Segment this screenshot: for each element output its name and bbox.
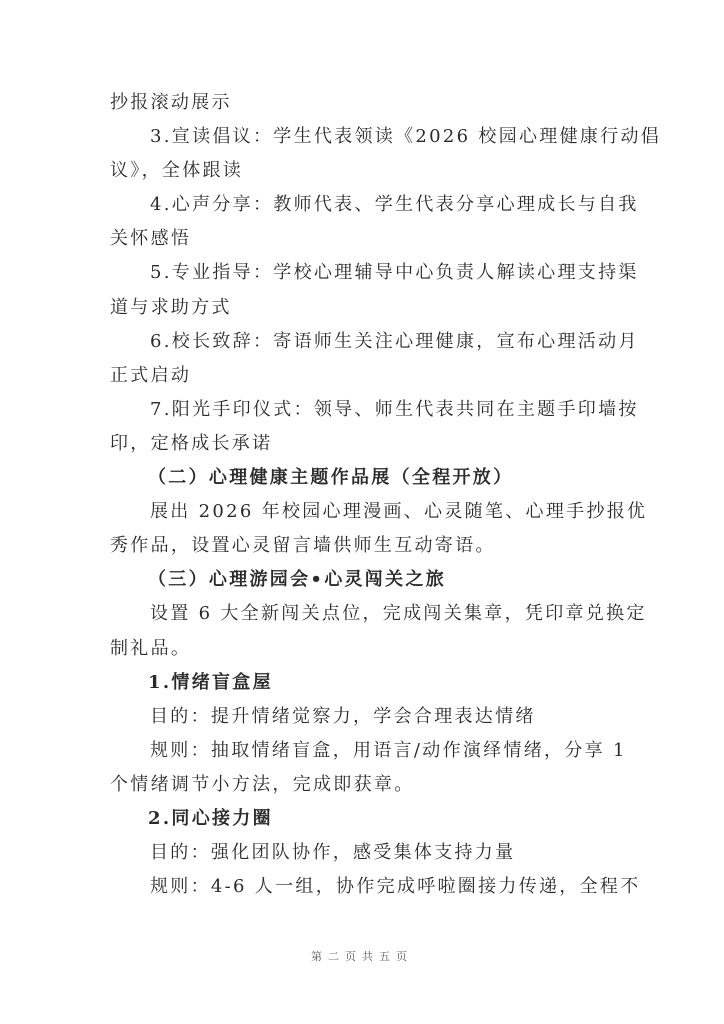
paragraph-line: 目的：强化团队协作，感受集体支持力量 (110, 836, 622, 870)
paragraph-line: 印，定格成长承诺 (110, 427, 622, 461)
page-footer: 第二页共五页 (0, 948, 724, 964)
paragraph-line: 目的：提升情绪觉察力，学会合理表达情绪 (110, 700, 622, 734)
paragraph-line: 抄报滚动展示 (110, 86, 622, 120)
paragraph-line: 道与求助方式 (110, 291, 622, 325)
section-heading-line: （二）心理健康主题作品展（全程开放） (110, 461, 622, 495)
paragraph-line: 6.校长致辞：寄语师生关注心理健康，宣布心理活动月 (110, 325, 622, 359)
paragraph-line: 设置 6 大全新闯关点位，完成闯关集章，凭印章兑换定 (110, 597, 622, 631)
paragraph-line: 议》，全体跟读 (110, 154, 622, 188)
section-heading-line: 2.同心接力圈 (110, 802, 622, 836)
paragraph-line: 规则：抽取情绪盲盒，用语言/动作演绎情绪，分享 1 (110, 734, 622, 768)
paragraph-line: 秀作品，设置心灵留言墙供师生互动寄语。 (110, 529, 622, 563)
paragraph-line: 5.专业指导：学校心理辅导中心负责人解读心理支持渠 (110, 256, 622, 290)
section-heading-line: （三）心理游园会•心灵闯关之旅 (110, 563, 622, 597)
paragraph-line: 3.宣读倡议：学生代表领读《2026 校园心理健康行动倡 (110, 120, 622, 154)
paragraph-line: 4.心声分享：教师代表、学生代表分享心理成长与自我 (110, 188, 622, 222)
paragraph-line: 制礼品。 (110, 632, 622, 666)
paragraph-line: 关怀感悟 (110, 222, 622, 256)
paragraph-line: 正式启动 (110, 359, 622, 393)
document-page: 抄报滚动展示3.宣读倡议：学生代表领读《2026 校园心理健康行动倡议》，全体跟… (0, 0, 724, 1024)
document-body: 抄报滚动展示3.宣读倡议：学生代表领读《2026 校园心理健康行动倡议》，全体跟… (110, 86, 622, 904)
paragraph-line: 个情绪调节小方法，完成即获章。 (110, 768, 622, 802)
paragraph-line: 规则：4-6 人一组，协作完成呼啦圈接力传递，全程不 (110, 870, 622, 904)
paragraph-line: 7.阳光手印仪式：领导、师生代表共同在主题手印墙按 (110, 393, 622, 427)
section-heading-line: 1.情绪盲盒屋 (110, 666, 622, 700)
paragraph-line: 展出 2026 年校园心理漫画、心灵随笔、心理手抄报优 (110, 495, 622, 529)
